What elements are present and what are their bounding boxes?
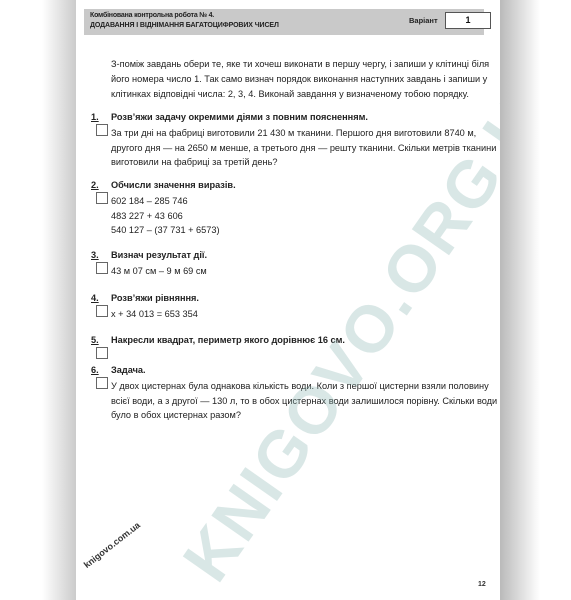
header-subtitle: ДОДАВАННЯ І ВІДНІМАННЯ БАГАТОЦИФРОВИХ ЧИ… — [90, 22, 279, 29]
task-line: За три дні на фабриці виготовили 21 430 … — [111, 126, 491, 141]
task-line: виготовили на фабриці за третій день? — [111, 155, 491, 170]
task-title: Накресли квадрат, периметр якого дорівню… — [111, 335, 345, 345]
task-body: 43 м 07 см – 9 м 69 см — [111, 264, 491, 279]
task-body: 602 184 – 285 746483 227 + 43 606540 127… — [111, 194, 491, 238]
worksheet-header: Комбінована контрольна робота № 4. ДОДАВ… — [84, 9, 484, 35]
task-line: 540 127 – (37 731 + 6573) — [111, 223, 491, 238]
task-line: 483 227 + 43 606 — [111, 209, 491, 224]
task-title: Розв’яжи рівняння. — [111, 293, 199, 303]
order-checkbox[interactable] — [96, 305, 108, 317]
task-number: 3. — [91, 250, 99, 260]
page-shadow-left — [42, 0, 76, 600]
task-line: всієї води, а з другої — 130 л, то в обо… — [111, 394, 491, 409]
task-line: 43 м 07 см – 9 м 69 см — [111, 264, 491, 279]
task-number: 1. — [91, 112, 99, 122]
task-body: За три дні на фабриці виготовили 21 430 … — [111, 126, 491, 170]
task-number: 2. — [91, 180, 99, 190]
task-number: 5. — [91, 335, 99, 345]
page-shadow-right — [500, 0, 540, 600]
order-checkbox[interactable] — [96, 262, 108, 274]
header-title: Комбінована контрольна робота № 4. — [90, 12, 214, 19]
task-number: 6. — [91, 365, 99, 375]
page-number: 12 — [478, 581, 486, 588]
task-line: було в обох цистернах разом? — [111, 408, 491, 423]
order-checkbox[interactable] — [96, 347, 108, 359]
task-title: Задача. — [111, 365, 146, 375]
order-checkbox[interactable] — [96, 377, 108, 389]
task-number: 4. — [91, 293, 99, 303]
task-line: x + 34 013 = 653 354 — [111, 307, 491, 322]
site-mark: knigovo.com.ua — [82, 520, 142, 570]
task-line: другого дня — на 2650 м менше, а третьог… — [111, 141, 491, 156]
order-checkbox[interactable] — [96, 192, 108, 204]
task-body: x + 34 013 = 653 354 — [111, 307, 491, 322]
task-title: Обчисли значення виразів. — [111, 180, 236, 190]
worksheet-page: Комбінована контрольна робота № 4. ДОДАВ… — [76, 0, 500, 600]
task-line: У двох цистернах була однакова кількість… — [111, 379, 491, 394]
variant-label: Варіант — [409, 16, 438, 25]
task-title: Визнач результат дії. — [111, 250, 207, 260]
task-line: 602 184 – 285 746 — [111, 194, 491, 209]
task-body: У двох цистернах була однакова кількість… — [111, 379, 491, 423]
task-title: Розв’яжи задачу окремими діями з повним … — [111, 112, 368, 122]
variant-box: 1 — [445, 12, 491, 29]
instructions: З-поміж завдань обери те, яке ти хочеш в… — [111, 57, 500, 102]
order-checkbox[interactable] — [96, 124, 108, 136]
